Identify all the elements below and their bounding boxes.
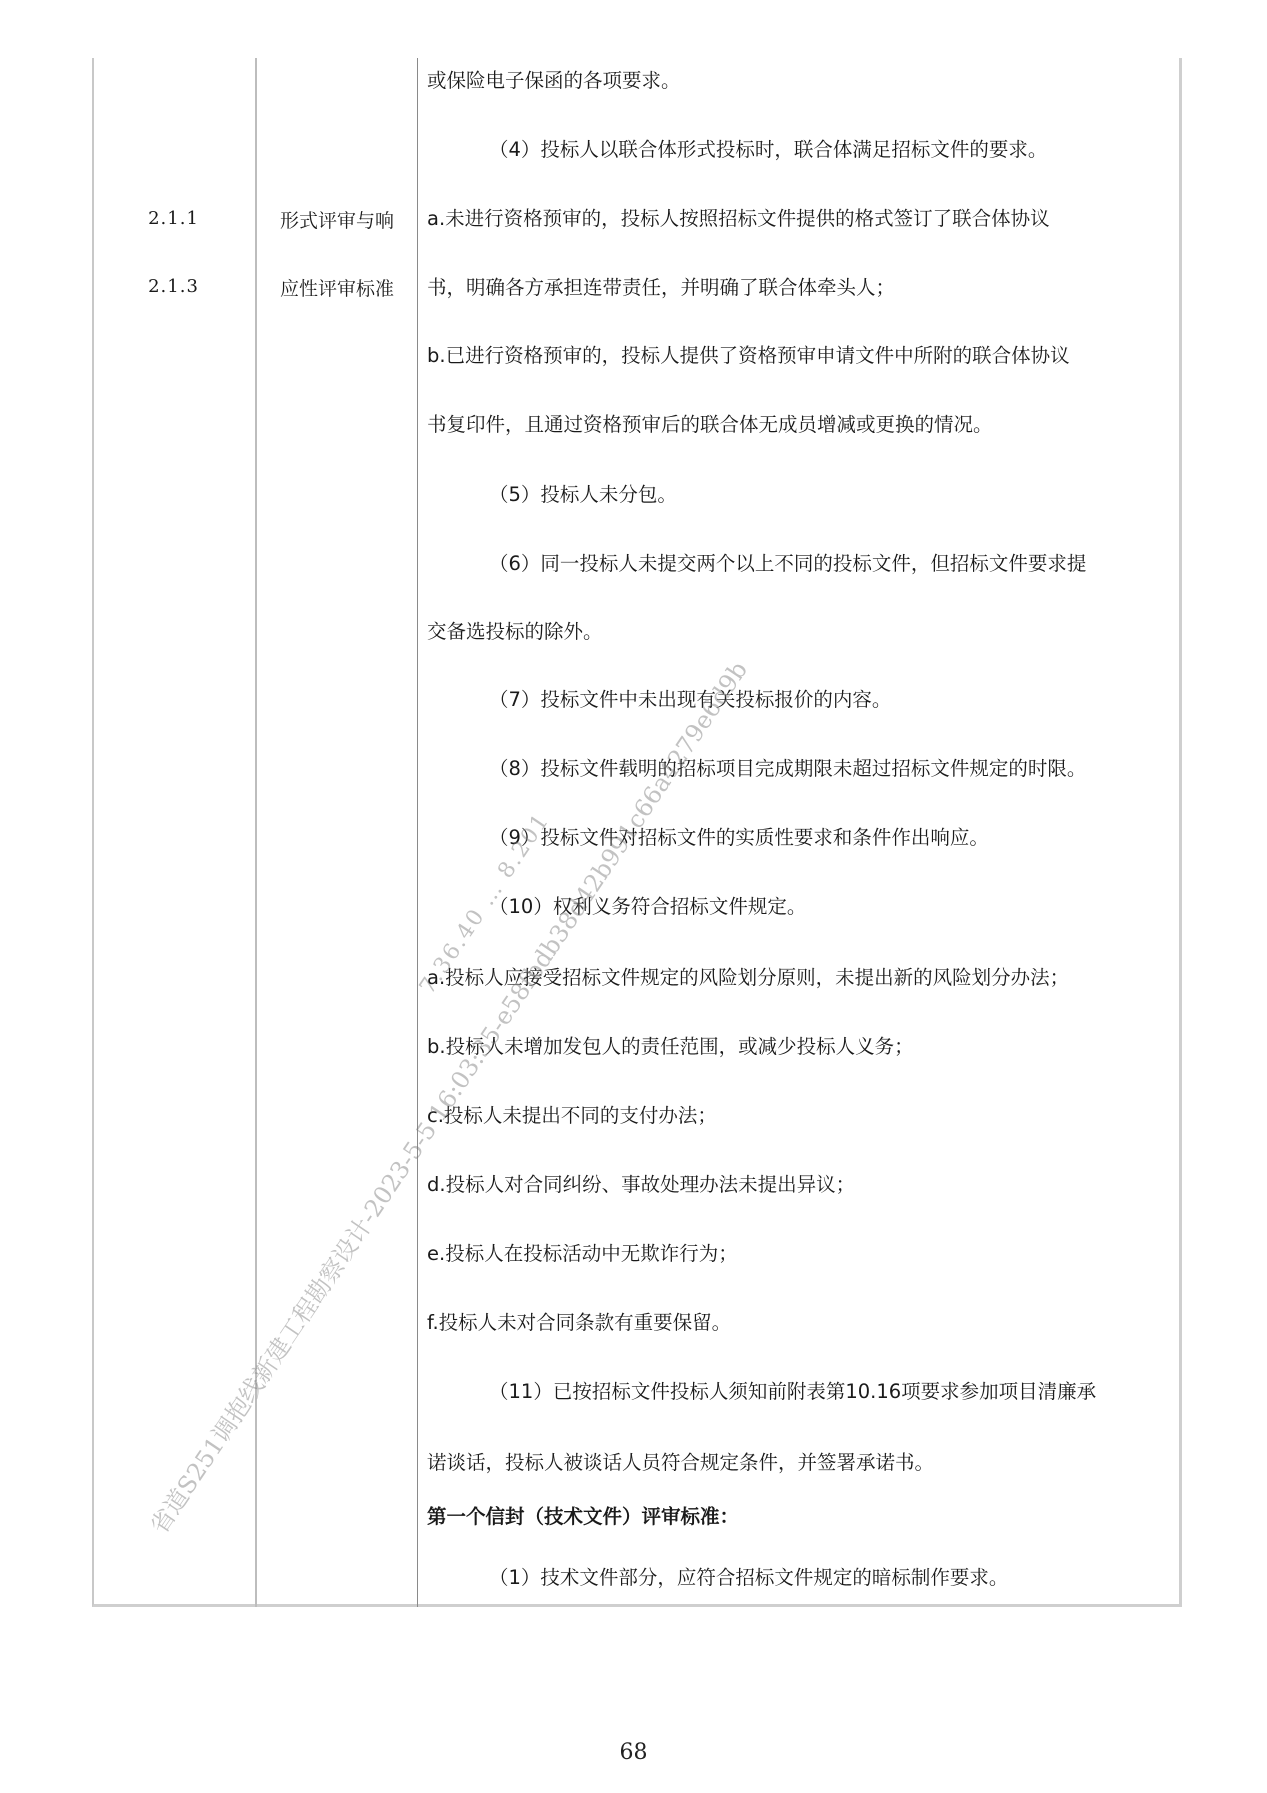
clause-name: 形式评审与响 xyxy=(257,206,417,233)
content-line: （10）权利义务符合招标文件规定。 xyxy=(489,894,806,920)
content-line: a.未进行资格预审的，投标人按照招标文件提供的格式签订了联合体协议 xyxy=(427,206,1050,232)
content-line: （7）投标文件中未出现有关投标报价的内容。 xyxy=(489,687,891,713)
section-heading: 第一个信封（技术文件）评审标准： xyxy=(427,1504,739,1530)
content-line: d.投标人对合同纠纷、事故处理办法未提出异议； xyxy=(427,1172,855,1198)
content-line: 书复印件，且通过资格预审后的联合体无成员增减或更换的情况。 xyxy=(427,412,993,438)
content-line: b.已进行资格预审的，投标人提供了资格预审申请文件中所附的联合体协议 xyxy=(427,343,1070,369)
content-line: 书，明确各方承担连带责任，并明确了联合体牵头人； xyxy=(427,275,895,301)
content-line: e.投标人在投标活动中无欺诈行为； xyxy=(427,1241,738,1267)
content-line: （8）投标文件载明的招标项目完成期限未超过招标文件规定的时限。 xyxy=(489,756,1086,782)
page-number: 68 xyxy=(0,1740,1267,1765)
content-line: f.投标人未对合同条款有重要保留。 xyxy=(427,1310,731,1336)
content-line: b.投标人未增加发包人的责任范围，或减少投标人义务； xyxy=(427,1034,914,1060)
clause-number: 2.1.3 xyxy=(92,276,255,297)
content-line: a.投标人应接受招标文件规定的风险划分原则，未提出新的风险划分办法； xyxy=(427,965,1069,991)
content-line: （9）投标文件对招标文件的实质性要求和条件作出响应。 xyxy=(489,825,989,851)
content-line: （4）投标人以联合体形式投标时，联合体满足招标文件的要求。 xyxy=(489,137,1047,163)
content-line: （11）已按招标文件投标人须知前附表第10.16项要求参加项目清廉承 xyxy=(489,1379,1096,1405)
content-line: 诺谈话，投标人被谈话人员符合规定条件，并签署承诺书。 xyxy=(427,1450,934,1476)
column-divider xyxy=(417,58,418,1607)
content-line: （5）投标人未分包。 xyxy=(489,482,677,508)
content-line: （6）同一投标人未提交两个以上不同的投标文件，但招标文件要求提 xyxy=(489,551,1086,577)
clause-number: 2.1.1 xyxy=(92,208,255,229)
content-line: 交备选投标的除外。 xyxy=(427,619,603,645)
content-line: （1）技术文件部分，应符合招标文件规定的暗标制作要求。 xyxy=(489,1565,1008,1591)
content-line: 或保险电子保函的各项要求。 xyxy=(427,68,681,94)
content-line: c.投标人未提出不同的支付办法； xyxy=(427,1103,717,1129)
clause-name: 应性评审标准 xyxy=(257,274,417,301)
